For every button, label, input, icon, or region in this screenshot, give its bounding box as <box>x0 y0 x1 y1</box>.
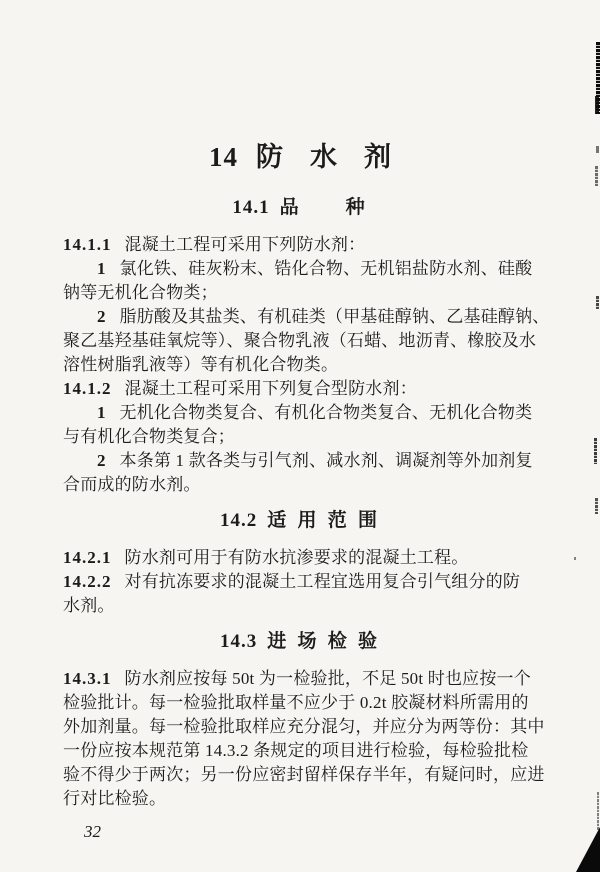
text-line: 聚乙基羟基硅氧烷等）、聚合物乳液（石蜡、地沥青、橡胶及水 <box>63 329 537 353</box>
line-text: 行对比检验。 <box>63 789 166 808</box>
scan-edge-noise <box>597 792 599 830</box>
clause-label: 14.2.1 <box>63 548 112 567</box>
clause-label: 1 <box>97 259 107 278</box>
line-text: 合而成的防水剂。 <box>63 475 201 494</box>
scanned-page: { "page": { "page_number": "32", "colors… <box>0 0 600 872</box>
text-line: 1氯化铁、硅灰粉末、锆化合物、无机铝盐防水剂、硅酸 <box>63 257 537 281</box>
text-line: 14.1.1混凝土工程可采用下列防水剂： <box>63 233 537 257</box>
line-text: 验不得少于两次；另一份应密封留样保存半年，有疑问时，应进 <box>63 765 545 784</box>
line-text: 外加剂量。每一检验批取样应充分混匀，并应分为两等份：其中 <box>63 717 545 736</box>
clause-label: 14.1.1 <box>63 235 112 254</box>
line-text: 氯化铁、硅灰粉末、锆化合物、无机铝盐防水剂、硅酸 <box>120 259 533 278</box>
clause-label: 14.1.2 <box>63 379 112 398</box>
section-heading: 14.1品 种 <box>63 196 537 220</box>
clause-label: 14.2.2 <box>63 572 112 591</box>
line-text: 防水剂应按每 50t 为一检验批，不足 50t 时也应按一个 <box>125 669 531 688</box>
line-text: 无机化合物类复合、有机化合物类复合、无机化合物类 <box>120 403 533 422</box>
clause-label: 1 <box>97 403 107 422</box>
line-text: 本条第 1 款各类与引气剂、减水剂、调凝剂等外加剂复 <box>120 451 533 470</box>
text-line: 与有机化合物类复合； <box>63 425 537 449</box>
text-line: 14.3.1防水剂应按每 50t 为一检验批，不足 50t 时也应按一个 <box>63 667 537 691</box>
text-line: 检验批计。每一检验批取样量不应少于 0.2t 胶凝材料所需用的 <box>63 691 537 715</box>
section-number: 14.1 <box>232 197 269 218</box>
scan-edge-noise <box>596 296 599 309</box>
text-line: 水剂。 <box>63 594 537 618</box>
clause-label: 14.3.1 <box>63 669 112 688</box>
section-number: 14.3 <box>220 631 257 652</box>
chapter-title-text: 防 水 剂 <box>256 142 391 172</box>
text-line: 验不得少于两次；另一份应密封留样保存半年，有疑问时，应进 <box>63 763 537 787</box>
scan-edge-noise <box>596 146 599 153</box>
text-line: 行对比检验。 <box>63 787 537 811</box>
line-text: 脂肪酸及其盐类、有机硅类（甲基硅醇钠、乙基硅醇钠、 <box>120 307 550 326</box>
clause-label: 2 <box>97 451 107 470</box>
line-text: 混凝土工程可采用下列复合型防水剂： <box>125 379 417 398</box>
text-line: 14.1.2混凝土工程可采用下列复合型防水剂： <box>63 377 537 401</box>
line-text: 一份应按本规范第 14.3.2 条规定的项目进行检验，每检验批检 <box>63 741 528 760</box>
line-text: 水剂。 <box>63 596 115 615</box>
scan-edge-noise <box>574 557 576 560</box>
text-line: 2脂肪酸及其盐类、有机硅类（甲基硅醇钠、乙基硅醇钠、 <box>63 305 537 329</box>
line-text: 聚乙基羟基硅氧烷等）、聚合物乳液（石蜡、地沥青、橡胶及水 <box>63 331 536 350</box>
scan-edge-noise <box>595 96 599 114</box>
clause-label: 2 <box>97 307 107 326</box>
line-text: 防水剂可用于有防水抗渗要求的混凝土工程。 <box>125 548 469 567</box>
section-title-text: 适 用 范 围 <box>267 510 380 531</box>
section-heading: 14.3进 场 检 验 <box>63 630 537 654</box>
text-line: 14.2.2对有抗冻要求的混凝土工程宜选用复合引气组分的防 <box>63 570 537 594</box>
text-flow: 14防 水 剂14.1品 种14.1.1混凝土工程可采用下列防水剂：1氯化铁、硅… <box>63 142 537 811</box>
line-text: 检验批计。每一检验批取样量不应少于 0.2t 胶凝材料所需用的 <box>63 693 529 712</box>
line-text: 混凝土工程可采用下列防水剂： <box>125 235 366 254</box>
line-text: 对有抗冻要求的混凝土工程宜选用复合引气组分的防 <box>125 572 521 591</box>
text-line: 2本条第 1 款各类与引气剂、减水剂、调凝剂等外加剂复 <box>63 449 537 473</box>
section-title-text: 进 场 检 验 <box>267 631 380 652</box>
line-text: 钠等无机化合物类； <box>63 283 218 302</box>
chapter-number: 14 <box>209 142 238 172</box>
page: 14防 水 剂14.1品 种14.1.1混凝土工程可采用下列防水剂：1氯化铁、硅… <box>0 0 600 872</box>
text-line: 外加剂量。每一检验批取样应充分混匀，并应分为两等份：其中 <box>63 715 537 739</box>
scan-edge-noise <box>594 438 597 464</box>
text-line: 1无机化合物类复合、有机化合物类复合、无机化合物类 <box>63 401 537 425</box>
text-line: 溶性树脂乳液等）等有机化合物类。 <box>63 353 537 377</box>
scan-edge-noise <box>595 166 598 186</box>
text-line: 钠等无机化合物类； <box>63 281 537 305</box>
page-number: 32 <box>84 820 537 844</box>
line-text: 与有机化合物类复合； <box>63 427 235 446</box>
text-line: 一份应按本规范第 14.3.2 条规定的项目进行检验，每检验批检 <box>63 739 537 763</box>
section-title-text: 品 种 <box>280 197 368 218</box>
chapter-title: 14防 水 剂 <box>63 142 537 172</box>
scan-edge-noise <box>595 498 598 514</box>
text-line: 14.2.1防水剂可用于有防水抗渗要求的混凝土工程。 <box>63 546 537 570</box>
section-heading: 14.2适 用 范 围 <box>63 509 537 533</box>
section-number: 14.2 <box>220 510 257 531</box>
line-text: 溶性树脂乳液等）等有机化合物类。 <box>63 355 338 374</box>
text-line: 合而成的防水剂。 <box>63 473 537 497</box>
